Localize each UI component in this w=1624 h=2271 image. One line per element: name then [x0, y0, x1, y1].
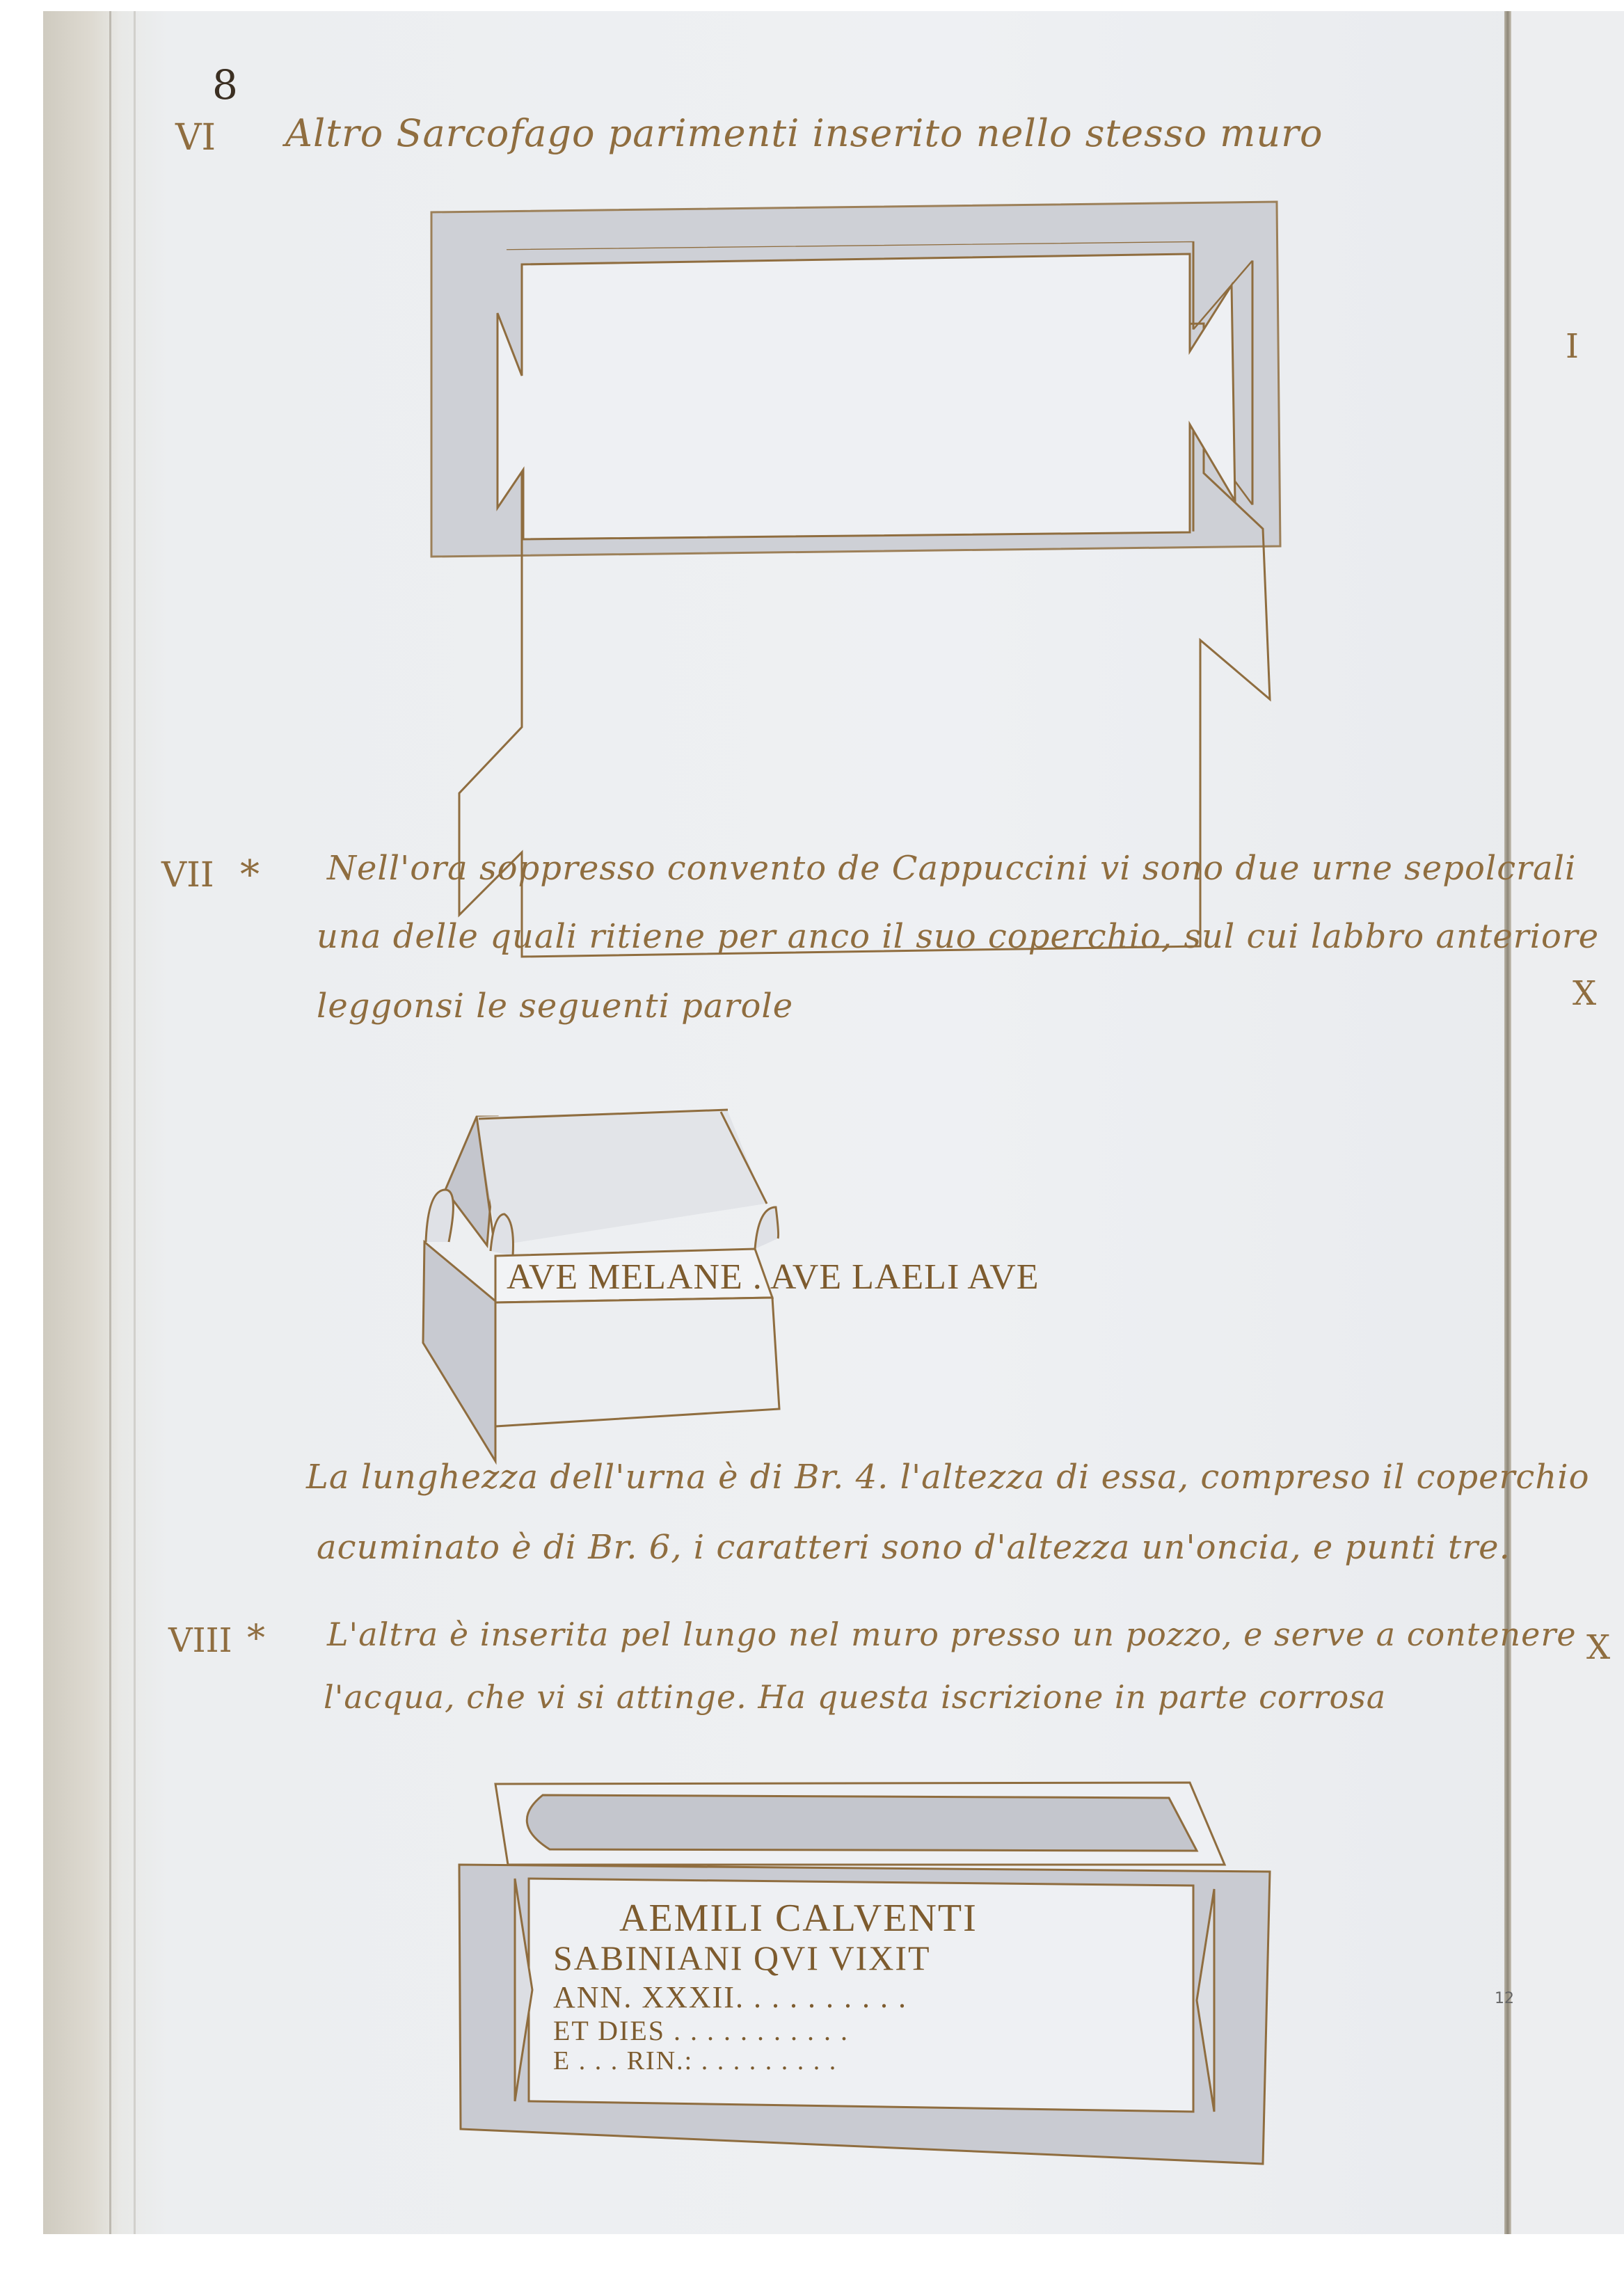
entry-text-line: Nell'ora soppresso convento de Cappuccin…: [327, 849, 1576, 888]
entry-text-line: acuminato è di Br. 6, i caratteri sono d…: [317, 1528, 1511, 1567]
inscription-line: SABINIANI QVI VIXIT: [553, 1938, 931, 1978]
entry-text-line: La lunghezza dell'urna è di Br. 4. l'alt…: [306, 1458, 1589, 1497]
facing-page-mark: X: [1573, 974, 1596, 1013]
entry-numeral: VI: [175, 117, 216, 159]
entry-text-line: l'acqua, che vi si attinge. Ha questa is…: [324, 1678, 1386, 1716]
entry-text-line: Altro Sarcofago parimenti inserito nello…: [285, 111, 1323, 155]
urn-inscription: AVE MELANE . AVE LAELI AVE: [507, 1257, 1040, 1297]
entry-numeral: VII: [161, 854, 214, 895]
entry-text-line: leggonsi le seguenti parole: [317, 987, 793, 1026]
entry-text-line: una delle quali ritiene per anco il suo …: [317, 917, 1599, 956]
entry-numeral: VIII: [168, 1621, 232, 1660]
inscription-line: AEMILI CALVENTI: [619, 1896, 978, 1941]
page-fold-line: [109, 11, 111, 2234]
inscription-line: ET DIES . . . . . . . . . . .: [553, 2014, 849, 2047]
urn-with-lid-drawing: AVE MELANE . AVE LAELI AVE: [417, 1085, 1322, 1447]
facing-page-mark: I: [1566, 327, 1579, 366]
page-fold-line: [134, 11, 136, 2234]
pencil-folio-note: 12: [1495, 1990, 1514, 2007]
asterisk-marker: *: [240, 852, 260, 898]
book-gutter: [1504, 11, 1511, 2234]
page-left-edge: [43, 11, 120, 2234]
altar-inscription-drawing: AEMILI CALVENTI SABINIANI QVI VIXIT ANN.…: [445, 1739, 1273, 2171]
facing-page-mark: X: [1586, 1628, 1610, 1667]
entry-text-line: L'altra è inserita pel lungo nel muro pr…: [327, 1616, 1577, 1653]
sarcophagus-frame-drawing: [417, 195, 1280, 557]
inscription-line: ANN. XXXII. . . . . . . . . .: [553, 1979, 907, 2015]
asterisk-marker: *: [247, 1618, 265, 1659]
inscription-line: E . . . RIN.: . . . . . . . . .: [553, 2046, 837, 2076]
page-number: 8: [212, 61, 238, 109]
